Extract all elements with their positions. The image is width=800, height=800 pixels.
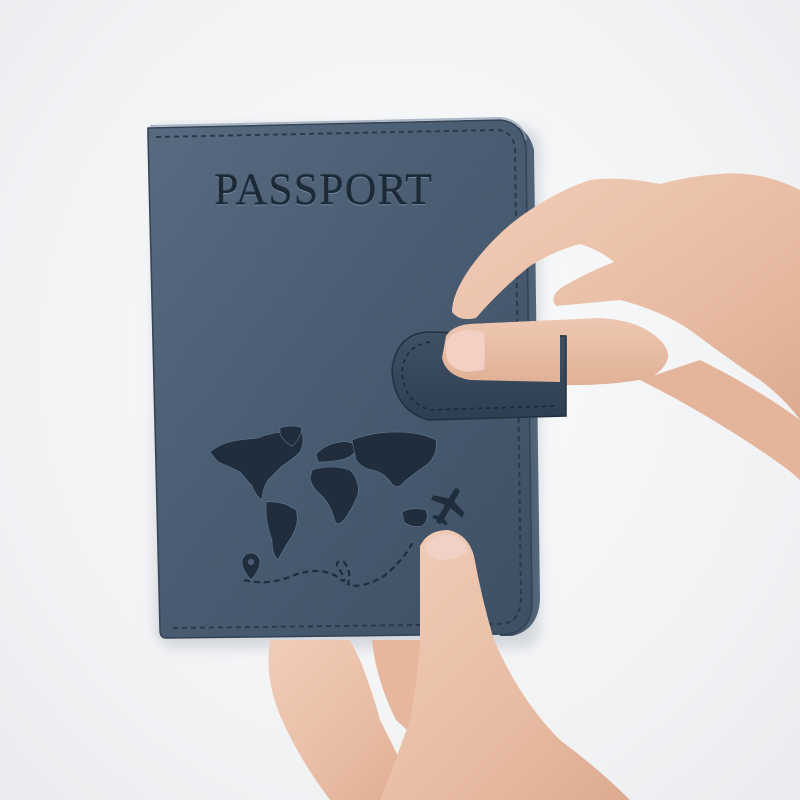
cover-title: PASSPORT bbox=[214, 166, 458, 214]
photo-illustration bbox=[0, 0, 800, 800]
product-photo: PASSPORT bbox=[0, 0, 800, 800]
thumbnail bbox=[446, 330, 485, 372]
